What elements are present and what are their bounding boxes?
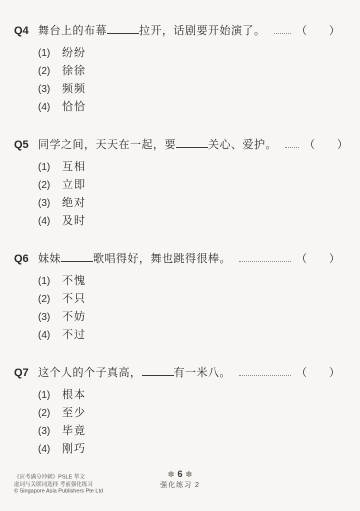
option-text: 不只 xyxy=(62,290,86,307)
question-text-pre: 舞台上的布幕 xyxy=(38,24,107,37)
option-row: (1) 互相 xyxy=(38,158,340,176)
option-number: (1) xyxy=(38,273,62,290)
question-sentence: 妹妹歌唱得好，舞也跳得很棒。 xyxy=(38,250,231,266)
ornament-icon: ✽ xyxy=(168,470,175,479)
question-sentence: 同学之间，天天在一起，要关心、爱护。 xyxy=(38,136,277,152)
option-number: (4) xyxy=(38,99,62,116)
question-text-pre: 同学之间，天天在一起，要 xyxy=(38,138,176,151)
option-row: (2) 立即 xyxy=(38,176,340,194)
answer-bracket: （ ） xyxy=(296,250,340,266)
option-number: (2) xyxy=(38,177,62,194)
questions-area: Q4 舞台上的布幕拉开，话剧要开始演了。 （ ） (1) 纷纷 (2) 徐徐 (… xyxy=(0,0,360,458)
option-number: (3) xyxy=(38,423,62,440)
question-line: Q6 妹妹歌唱得好，舞也跳得很棒。 （ ） xyxy=(14,250,340,266)
option-number: (2) xyxy=(38,291,62,308)
option-number: (4) xyxy=(38,327,62,344)
question-line: Q4 舞台上的布幕拉开，话剧要开始演了。 （ ） xyxy=(14,22,340,38)
page-number-line: ✽6✽ xyxy=(0,469,360,479)
question-text-post: 歌唱得好，舞也跳得很棒。 xyxy=(93,252,231,265)
ornament-icon: ✽ xyxy=(186,470,193,479)
question-number: Q5 xyxy=(14,139,38,151)
question-line: Q5 同学之间，天天在一起，要关心、爱护。 （ ） xyxy=(14,136,340,152)
option-text: 至少 xyxy=(62,404,86,421)
answer-blank xyxy=(176,146,208,148)
option-number: (3) xyxy=(38,81,62,98)
option-text: 不愧 xyxy=(62,272,86,289)
option-row: (2) 至少 xyxy=(38,404,340,422)
options-list: (1) 不愧 (2) 不只 (3) 不妨 (4) 不过 xyxy=(38,272,340,344)
answer-blank xyxy=(61,260,93,262)
option-row: (1) 根本 xyxy=(38,386,340,404)
option-text: 绝对 xyxy=(62,194,86,211)
footer-center: ✽6✽ 强化练习 2 xyxy=(0,469,360,491)
option-text: 根本 xyxy=(62,386,86,403)
option-row: (3) 频频 xyxy=(38,80,340,98)
option-row: (4) 刚巧 xyxy=(38,440,340,458)
dotted-leader xyxy=(274,33,292,34)
option-row: (3) 不妨 xyxy=(38,308,340,326)
option-row: (1) 纷纷 xyxy=(38,44,340,62)
option-row: (3) 绝对 xyxy=(38,194,340,212)
option-row: (4) 恰恰 xyxy=(38,98,340,116)
option-number: (3) xyxy=(38,195,62,212)
answer-bracket: （ ） xyxy=(296,364,340,380)
question-text-post: 有一米八。 xyxy=(174,366,232,379)
options-list: (1) 互相 (2) 立即 (3) 绝对 (4) 及时 xyxy=(38,158,340,230)
option-row: (4) 不过 xyxy=(38,326,340,344)
option-number: (1) xyxy=(38,387,62,404)
question-block: Q7 这个人的个子真高，有一米八。 （ ） (1) 根本 (2) 至少 (3) … xyxy=(14,364,340,458)
answer-bracket: （ ） xyxy=(296,22,340,38)
question-sentence: 舞台上的布幕拉开，话剧要开始演了。 xyxy=(38,22,266,38)
options-list: (1) 根本 (2) 至少 (3) 毕竟 (4) 刚巧 xyxy=(38,386,340,458)
option-text: 互相 xyxy=(62,158,86,175)
option-row: (2) 徐徐 xyxy=(38,62,340,80)
answer-bracket: （ ） xyxy=(304,136,348,152)
question-number: Q7 xyxy=(14,367,38,379)
dotted-leader xyxy=(239,261,291,262)
option-text: 频频 xyxy=(62,80,86,97)
option-text: 徐徐 xyxy=(62,62,86,79)
option-text: 纷纷 xyxy=(62,44,86,61)
option-row: (4) 及时 xyxy=(38,212,340,230)
section-label: 强化练习 2 xyxy=(0,480,360,490)
question-text-post: 关心、爱护。 xyxy=(208,138,277,151)
question-block: Q4 舞台上的布幕拉开，话剧要开始演了。 （ ） (1) 纷纷 (2) 徐徐 (… xyxy=(14,22,340,116)
option-number: (3) xyxy=(38,309,62,326)
option-text: 刚巧 xyxy=(62,440,86,457)
question-line: Q7 这个人的个子真高，有一米八。 （ ） xyxy=(14,364,340,380)
answer-blank xyxy=(142,374,174,376)
option-number: (4) xyxy=(38,441,62,458)
option-row: (3) 毕竟 xyxy=(38,422,340,440)
page-number: 6 xyxy=(177,469,182,479)
option-row: (2) 不只 xyxy=(38,290,340,308)
question-text-post: 拉开，话剧要开始演了。 xyxy=(139,24,266,37)
option-number: (2) xyxy=(38,63,62,80)
option-number: (1) xyxy=(38,45,62,62)
dotted-leader xyxy=(285,147,299,148)
question-number: Q6 xyxy=(14,253,38,265)
option-text: 立即 xyxy=(62,176,86,193)
option-text: 及时 xyxy=(62,212,86,229)
option-row: (1) 不愧 xyxy=(38,272,340,290)
option-text: 不过 xyxy=(62,326,86,343)
question-text-pre: 这个人的个子真高， xyxy=(38,366,142,379)
option-number: (2) xyxy=(38,405,62,422)
question-sentence: 这个人的个子真高，有一米八。 xyxy=(38,364,231,380)
question-block: Q6 妹妹歌唱得好，舞也跳得很棒。 （ ） (1) 不愧 (2) 不只 (3) … xyxy=(14,250,340,344)
option-text: 不妨 xyxy=(62,308,86,325)
question-number: Q4 xyxy=(14,25,38,37)
page-footer: 《应考满分冲刺》PSLE 华文 虚词与关联词选择 考前强化练习 © Singap… xyxy=(0,465,360,499)
option-text: 恰恰 xyxy=(62,98,86,115)
dotted-leader xyxy=(239,375,291,376)
question-block: Q5 同学之间，天天在一起，要关心、爱护。 （ ） (1) 互相 (2) 立即 … xyxy=(14,136,340,230)
question-text-pre: 妹妹 xyxy=(38,252,61,265)
question-list: Q4 舞台上的布幕拉开，话剧要开始演了。 （ ） (1) 纷纷 (2) 徐徐 (… xyxy=(14,22,340,458)
answer-blank xyxy=(107,32,139,34)
option-number: (1) xyxy=(38,159,62,176)
option-text: 毕竟 xyxy=(62,422,86,439)
options-list: (1) 纷纷 (2) 徐徐 (3) 频频 (4) 恰恰 xyxy=(38,44,340,116)
option-number: (4) xyxy=(38,213,62,230)
worksheet-page: { "page": { "background": "#f7f6f3", "te… xyxy=(0,0,360,511)
